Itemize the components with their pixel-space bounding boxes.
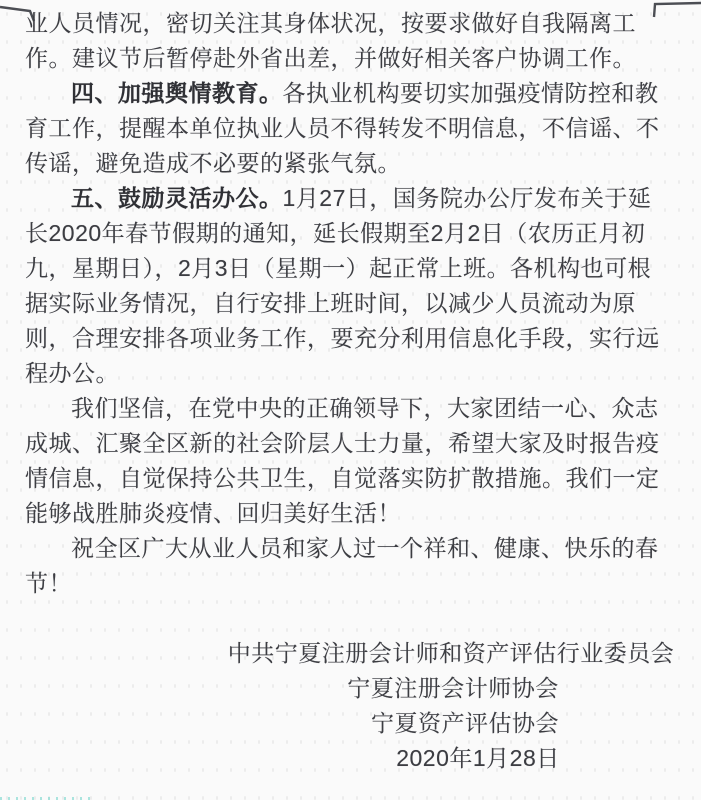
text-line: 作。建议节后暂停赴外省出差，并做好相关客户协调工作。 bbox=[25, 41, 685, 76]
line-text: 祝全区广大从业人员和家人过一个祥和、健康、快乐的春 bbox=[71, 535, 659, 561]
text-line-paragraph-start: 祝全区广大从业人员和家人过一个祥和、健康、快乐的春 bbox=[25, 531, 685, 566]
text-line: 育工作，提醒本单位执业人员不得转发不明信息，不信谣、不 bbox=[25, 111, 685, 146]
text-line: 节！ bbox=[25, 566, 685, 601]
signature-date: 2020年1月28日 bbox=[227, 741, 701, 776]
line-text: 我们坚信，在党中央的正确领导下，大家团结一心、众志 bbox=[71, 395, 659, 421]
text-line: 长2020年春节假期的通知，延长假期至2月2日（农历正月初 bbox=[25, 216, 685, 251]
signature-cpa-association: 宁夏注册会计师协会 bbox=[202, 671, 701, 706]
line-text: 各执业机构要切实加强疫情防控和教 bbox=[283, 80, 659, 106]
line-text: 能够战胜肺炎疫情、回归美好生活！ bbox=[25, 500, 401, 526]
text-line: 九，星期日），2月3日（星期一）起正常上班。各机构也可根 bbox=[25, 251, 685, 286]
text-line: 能够战胜肺炎疫情、回归美好生活！ bbox=[25, 496, 685, 531]
line-text: 育工作，提醒本单位执业人员不得转发不明信息，不信谣、不 bbox=[25, 115, 660, 141]
line-text: 作。建议节后暂停赴外省出差，并做好相关客户协调工作。 bbox=[25, 45, 636, 71]
line-text: 情信息，自觉保持公共卫生，自觉落实防扩散措施。我们一定 bbox=[25, 465, 660, 491]
line-text: 据实际业务情况，自行安排上班时间，以减少人员流动为原 bbox=[25, 290, 636, 316]
signature-committee: 中共宁夏注册会计师和资产评估行业委员会 bbox=[200, 636, 701, 671]
text-line: 程办公。 bbox=[25, 356, 685, 391]
scanned-document-page: 业人员情况，密切关注其身体状况，按要求做好自我隔离工 作。建议节后暂停赴外省出差… bbox=[0, 0, 701, 800]
text-line-section-heading-5: 五、鼓励灵活办公。1月27日，国务院办公厅发布关于延 bbox=[25, 181, 685, 216]
line-text: 程办公。 bbox=[25, 360, 119, 386]
line-text: 则，合理安排各项业务工作，要充分利用信息化手段，实行远 bbox=[25, 325, 660, 351]
line-text: 传谣，避免造成不必要的紧张气氛。 bbox=[25, 150, 401, 176]
line-text: 节！ bbox=[25, 570, 72, 596]
line-text: 长2020年春节假期的通知，延长假期至2月2日（农历正月初 bbox=[25, 220, 645, 246]
text-line: 成城、汇聚全区新的社会阶层人士力量，希望大家及时报告疫 bbox=[25, 426, 685, 461]
line-text: 1月27日，国务院办公厅发布关于延 bbox=[283, 185, 652, 211]
line-text: 成城、汇聚全区新的社会阶层人士力量，希望大家及时报告疫 bbox=[25, 430, 660, 456]
line-text: 业人员情况，密切关注其身体状况，按要求做好自我隔离工 bbox=[25, 10, 636, 36]
text-line: 业人员情况，密切关注其身体状况，按要求做好自我隔离工 bbox=[25, 6, 685, 41]
text-line-paragraph-start: 我们坚信，在党中央的正确领导下，大家团结一心、众志 bbox=[25, 391, 685, 426]
line-text: 九，星期日），2月3日（星期一）起正常上班。各机构也可根 bbox=[25, 255, 651, 281]
text-line: 情信息，自觉保持公共卫生，自觉落实防扩散措施。我们一定 bbox=[25, 461, 685, 496]
text-line: 传谣，避免造成不必要的紧张气氛。 bbox=[25, 146, 685, 181]
section-heading-bold: 五、鼓励灵活办公。 bbox=[71, 185, 283, 211]
document-body: 业人员情况，密切关注其身体状况，按要求做好自我隔离工 作。建议节后暂停赴外省出差… bbox=[25, 6, 685, 601]
section-heading-bold: 四、加强舆情教育。 bbox=[71, 80, 283, 106]
signature-block: 中共宁夏注册会计师和资产评估行业委员会 宁夏注册会计师协会 宁夏资产评估协会 2… bbox=[200, 636, 701, 776]
text-line: 据实际业务情况，自行安排上班时间，以减少人员流动为原 bbox=[25, 286, 685, 321]
text-line: 则，合理安排各项业务工作，要充分利用信息化手段，实行远 bbox=[25, 321, 685, 356]
text-line-section-heading-4: 四、加强舆情教育。各执业机构要切实加强疫情防控和教 bbox=[25, 76, 685, 111]
signature-appraisal-association: 宁夏资产评估协会 bbox=[214, 706, 701, 741]
